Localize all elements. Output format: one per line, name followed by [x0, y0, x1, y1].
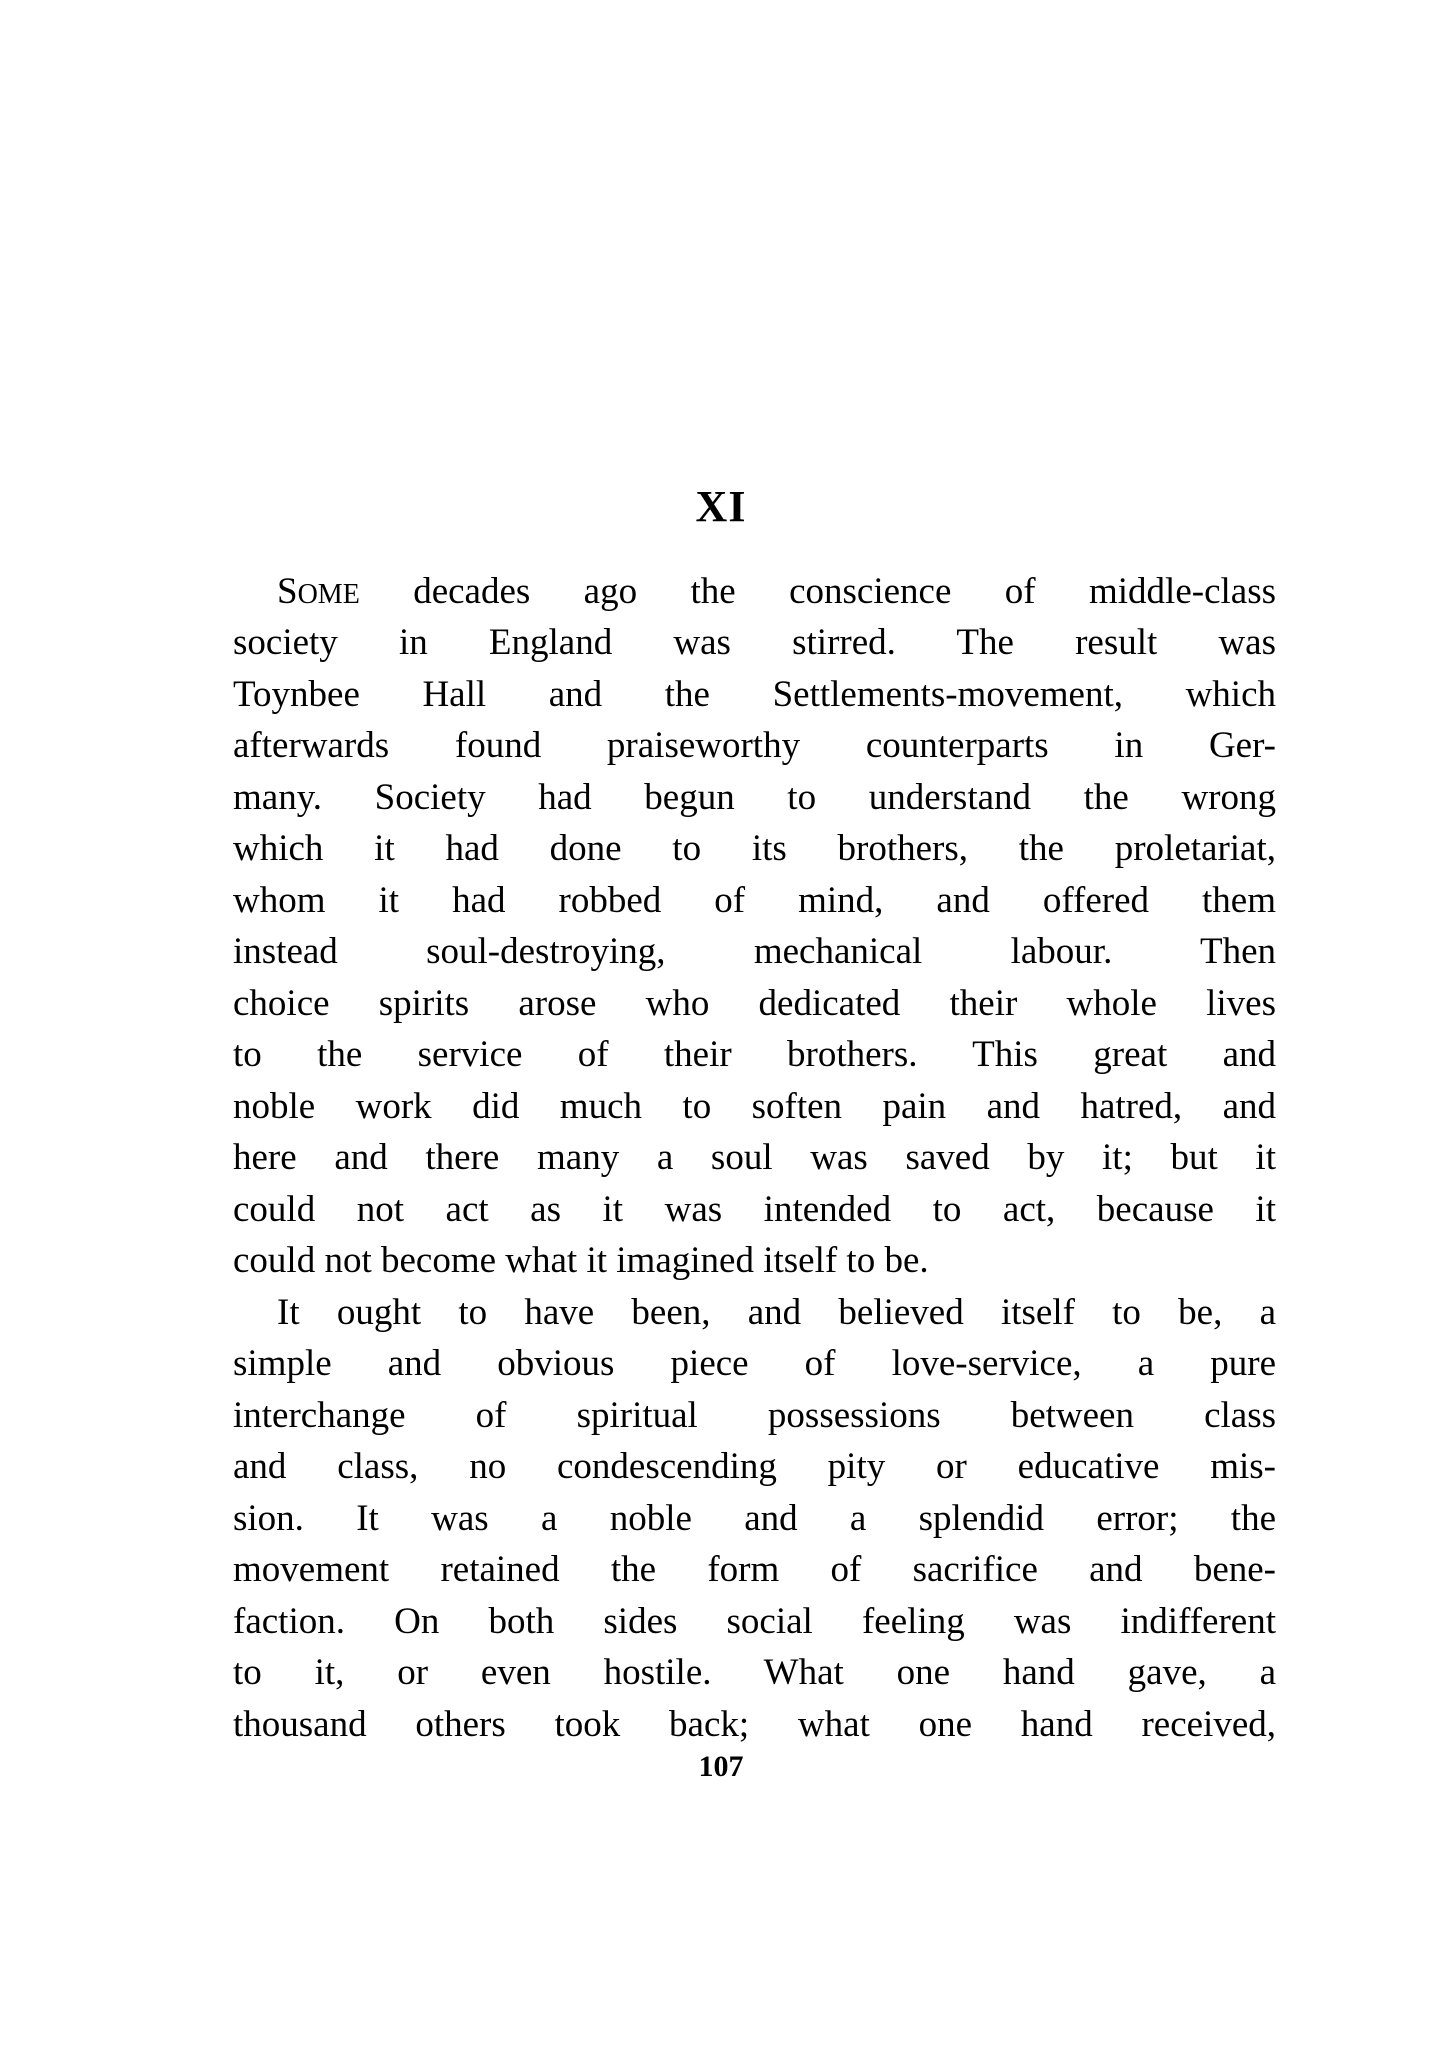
- text-line: here and there many a soul was saved by …: [233, 1136, 1276, 1180]
- text-line: interchange of spiritual possessions bet…: [233, 1394, 1276, 1438]
- text-line: many. Society had begun to understand th…: [233, 776, 1276, 820]
- text-line: faction. On both sides social feeling wa…: [233, 1600, 1276, 1644]
- text-line: SOME decades ago the conscience of middl…: [277, 570, 1276, 614]
- text-line: to the service of their brothers. This g…: [233, 1033, 1276, 1077]
- page-number: 107: [0, 1750, 1442, 1784]
- text-line: instead soul-destroying, mechanical labo…: [233, 930, 1276, 974]
- text-line: and class, no condescending pity or educ…: [233, 1445, 1276, 1489]
- text-line: society in England was stirred. The resu…: [233, 621, 1276, 665]
- text-line: simple and obvious piece of love-service…: [233, 1342, 1276, 1386]
- text-line: which it had done to its brothers, the p…: [233, 827, 1276, 871]
- text-line: It ought to have been, and believed itse…: [277, 1291, 1276, 1335]
- text-line: could not act as it was intended to act,…: [233, 1188, 1276, 1232]
- text-line: afterwards found praiseworthy counterpar…: [233, 724, 1276, 768]
- text-line: could not become what it imagined itself…: [233, 1239, 1276, 1283]
- text-line: to it, or even hostile. What one hand ga…: [233, 1651, 1276, 1695]
- text-line: sion. It was a noble and a splendid erro…: [233, 1497, 1276, 1541]
- text-line: choice spirits arose who dedicated their…: [233, 982, 1276, 1026]
- text-line: Toynbee Hall and the Settlements-movemen…: [233, 673, 1276, 717]
- book-page: XI SOME decades ago the conscience of mi…: [0, 0, 1442, 2056]
- text-line: whom it had robbed of mind, and offered …: [233, 879, 1276, 923]
- chapter-heading: XI: [0, 482, 1442, 532]
- small-caps-lead: SOME: [277, 571, 360, 612]
- text-line: movement retained the form of sacrifice …: [233, 1548, 1276, 1592]
- text-line: thousand others took back; what one hand…: [233, 1703, 1276, 1747]
- text-line: noble work did much to soften pain and h…: [233, 1085, 1276, 1129]
